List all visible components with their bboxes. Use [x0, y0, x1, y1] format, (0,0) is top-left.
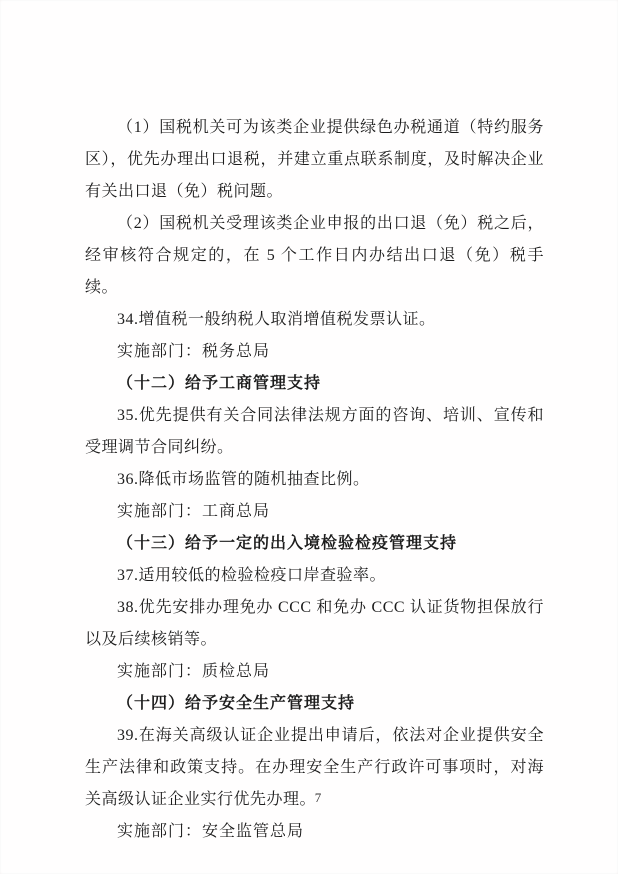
paragraph: 38.优先安排办理免办 CCC 和免办 CCC 认证货物担保放行以及后续核销等。 [85, 592, 544, 656]
paragraph: 35.优先提供有关合同法律法规方面的咨询、培训、宣传和受理调节合同纠纷。 [85, 400, 544, 464]
paragraph: （2）国税机关受理该类企业申报的出口退（免）税之后，经审核符合规定的，在 5 个… [85, 208, 544, 304]
paragraph: 36.降低市场监管的随机抽查比例。 [85, 464, 544, 496]
dept-label: 实施部门：税务总局 [85, 336, 544, 368]
page-number: 7 [308, 789, 328, 807]
section-heading: （十三）给予一定的出入境检验检疫管理支持 [85, 528, 544, 560]
paragraph: 37.适用较低的检验检疫口岸查验率。 [85, 560, 544, 592]
dept-label: 实施部门：质检总局 [85, 656, 544, 688]
dept-label: 实施部门：工商总局 [85, 496, 544, 528]
section-heading: （十四）给予安全生产管理支持 [85, 688, 544, 720]
document-body: （1）国税机关可为该类企业提供绿色办税通道（特约服务区），优先办理出口退税，并建… [85, 112, 544, 848]
paragraph: （1）国税机关可为该类企业提供绿色办税通道（特约服务区），优先办理出口退税，并建… [85, 112, 544, 208]
section-heading: （十二）给予工商管理支持 [85, 368, 544, 400]
dept-label: 实施部门：安全监管总局 [85, 816, 544, 848]
document-page: （1）国税机关可为该类企业提供绿色办税通道（特约服务区），优先办理出口退税，并建… [0, 0, 618, 874]
paragraph: 34.增值税一般纳税人取消增值税发票认证。 [85, 304, 544, 336]
